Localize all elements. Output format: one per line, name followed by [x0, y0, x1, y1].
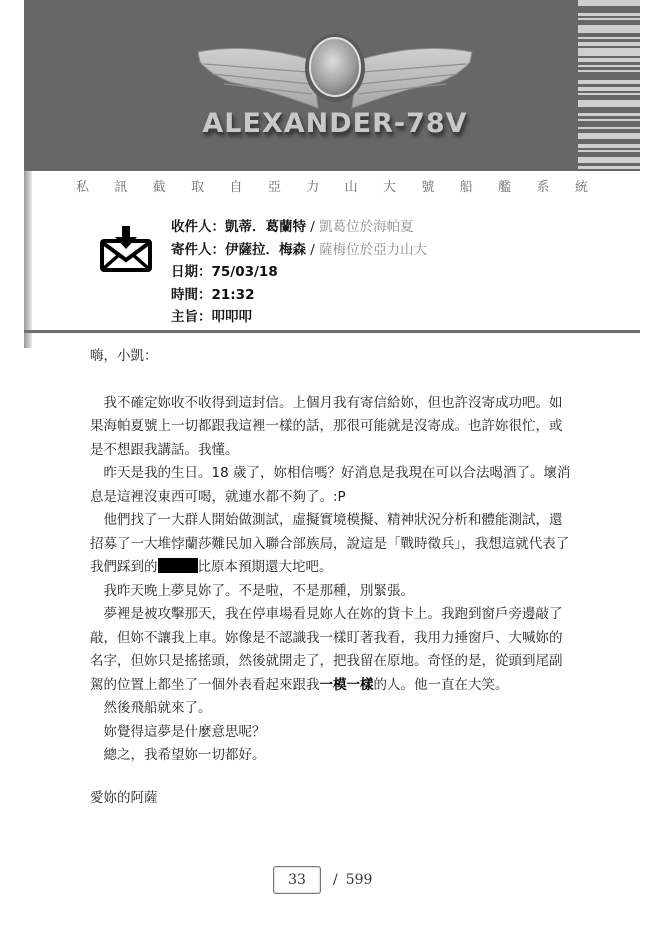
header-divider	[24, 330, 640, 333]
recipient-separator: /	[306, 219, 319, 235]
system-subtitle: 私 訊 截 取 自 亞 力 山 大 號 船 艦 系 統	[24, 176, 640, 195]
subject-row: 主旨：叩叩叩	[171, 306, 427, 329]
page-navigator: 33 / 599	[273, 866, 372, 894]
letter-paragraph: 然後飛船就來了。	[90, 697, 575, 721]
recipient-row: 收件人：凱蒂．葛蘭特 / 凱葛位於海帕夏	[171, 216, 427, 239]
letter-paragraph: 夢裡是被攻擊那天，我在停車場看見妳人在妳的貨卡上。我跑到窗戶旁邊敲了敲，但妳不讓…	[90, 603, 575, 697]
total-pages: 599	[346, 872, 373, 888]
date-value: 75/03/18	[212, 264, 278, 280]
message-metadata: 收件人：凱蒂．葛蘭特 / 凱葛位於海帕夏 寄件人：伊薩拉．梅森 / 薩梅位於亞力…	[171, 216, 427, 329]
date-row: 日期：75/03/18	[171, 261, 427, 284]
date-label: 日期：	[171, 264, 212, 280]
letter-signoff: 愛妳的阿薩	[90, 786, 158, 806]
winged-orb-emblem-icon	[190, 30, 480, 120]
letter-paragraph: 妳覺得這夢是什麼意思呢？	[90, 721, 575, 745]
recipient-name: 凱蒂．葛蘭特	[225, 219, 306, 235]
letter-paragraph: 他們找了一大群人開始做測試，虛擬實境模擬、精神狀況分析和體能測試，還招募了一大堆…	[90, 509, 575, 580]
emphasis-text: 一模一樣	[320, 677, 374, 693]
subject-label: 主旨：	[171, 309, 212, 325]
page-separator: /	[333, 872, 338, 888]
recipient-location: 凱葛位於海帕夏	[319, 219, 414, 235]
letter-paragraph: 我不確定妳收不收得到這封信。上個月我有寄信給妳，但也許沒寄成功吧。如果海帕夏號上…	[90, 392, 575, 463]
sender-separator: /	[306, 242, 319, 258]
letter-greeting: 嗨，小凱：	[90, 345, 575, 369]
subtitle-char: 大	[383, 176, 396, 195]
barcode-decoration	[578, 0, 640, 171]
redaction-block	[158, 558, 198, 573]
paragraph-text: 的人。他一直在大笑。	[374, 677, 509, 693]
subtitle-char: 山	[345, 176, 358, 195]
time-row: 時間：21:32	[171, 284, 427, 307]
recipient-label: 收件人：	[171, 219, 225, 235]
subtitle-char: 私	[76, 176, 89, 195]
letter-paragraph: 昨天是我的生日。18 歲了，妳相信嗎？好消息是我現在可以合法喝酒了。壞消息是這裡…	[90, 462, 575, 509]
subtitle-char: 號	[421, 176, 434, 195]
current-page-input[interactable]: 33	[273, 866, 321, 894]
subtitle-char: 自	[230, 176, 243, 195]
sender-row: 寄件人：伊薩拉．梅森 / 薩梅位於亞力山大	[171, 239, 427, 262]
time-value: 21:32	[212, 287, 255, 303]
sender-name: 伊薩拉．梅森	[225, 242, 306, 258]
subtitle-char: 截	[153, 176, 166, 195]
subject-value: 叩叩叩	[212, 309, 253, 325]
logo-text: ALEXANDER-78V	[190, 108, 480, 139]
sender-label: 寄件人：	[171, 242, 225, 258]
subtitle-char: 統	[575, 176, 588, 195]
subtitle-char: 系	[537, 176, 550, 195]
letter-paragraph: 總之，我希望妳一切都好。	[90, 744, 575, 768]
subtitle-char: 取	[191, 176, 204, 195]
time-label: 時間：	[171, 287, 212, 303]
letter-paragraph: 我昨天晚上夢見妳了。不是啦，不是那種，別緊張。	[90, 580, 575, 604]
subtitle-char: 船	[460, 176, 473, 195]
ship-logo: ALEXANDER-78V	[190, 30, 480, 155]
subtitle-char: 艦	[498, 176, 511, 195]
subtitle-char: 亞	[268, 176, 281, 195]
inbox-envelope-icon	[100, 226, 152, 272]
paragraph-text: 比原本預期還大坨吧。	[198, 559, 333, 575]
subtitle-char: 訊	[114, 176, 127, 195]
subtitle-char: 力	[306, 176, 319, 195]
letter-body: 嗨，小凱： 我不確定妳收不收得到這封信。上個月我有寄信給妳，但也許沒寄成功吧。如…	[90, 345, 575, 768]
sender-location: 薩梅位於亞力山大	[319, 242, 427, 258]
